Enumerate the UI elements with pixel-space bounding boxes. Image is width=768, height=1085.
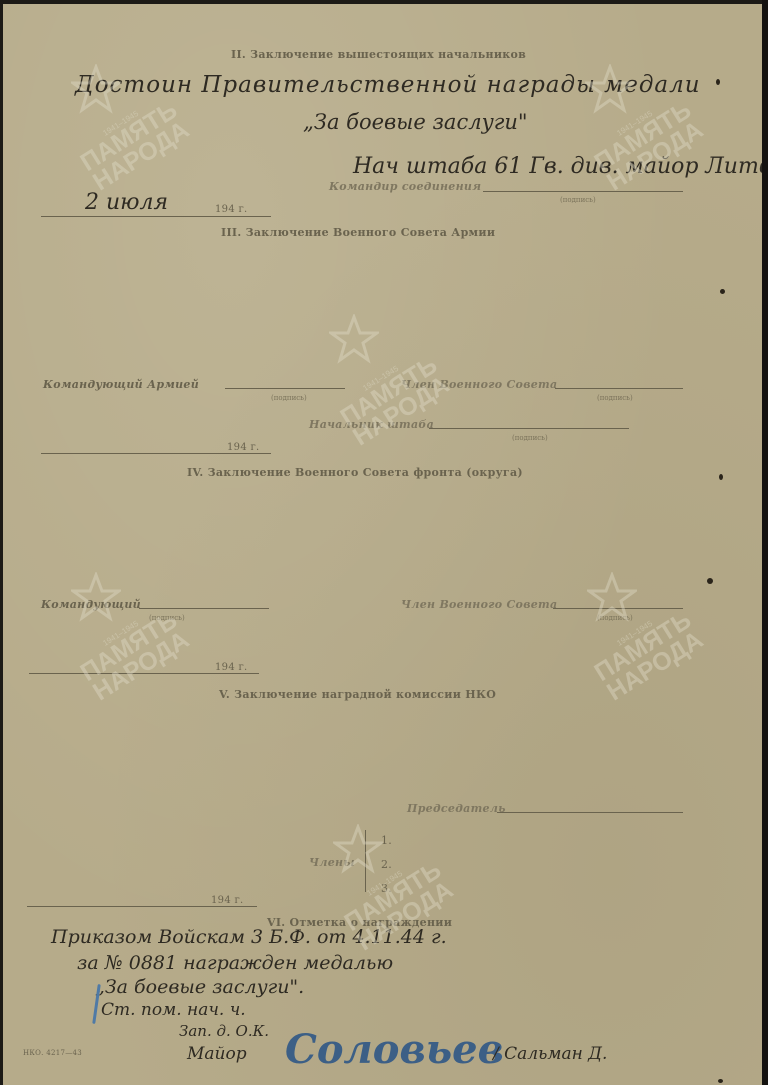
section-3-heading: III. Заключение Военного Совета Армии — [221, 226, 495, 239]
chief-of-staff-line — [429, 428, 629, 429]
member-2: 2. — [381, 858, 392, 871]
army-council-member-line — [555, 388, 683, 389]
watermark: 1941–1945ПАМЯТЬНАРОДА — [333, 347, 454, 451]
front-commander-line — [139, 608, 269, 609]
document-page: II. Заключение вышестоящих начальников Д… — [3, 4, 762, 1085]
award-order-line5: Зап. д. О.К. — [179, 1022, 269, 1040]
watermark: 1941–1945ПАМЯТЬНАРОДА — [587, 92, 708, 196]
commander-label: Командир соединения — [329, 180, 481, 193]
handwritten-date: 2 июля — [85, 190, 168, 215]
date-line — [41, 216, 271, 217]
year-label: 194 г. — [215, 204, 247, 215]
chief-of-staff-caption: (подпись) — [512, 434, 548, 442]
paper-speck — [707, 578, 713, 584]
handwritten-recommendation-line1: Достоин Правительственной награды медали — [75, 72, 701, 98]
front-year-label: 194 г. — [215, 662, 247, 673]
officer-rank: Майор — [187, 1044, 247, 1064]
front-council-member-label: Член Военного Совета — [401, 598, 557, 611]
front-council-member-line — [553, 608, 683, 609]
award-order-line4: Ст. пом. нач. ч. — [101, 1000, 246, 1020]
section-2-heading: II. Заключение вышестоящих начальников — [231, 48, 526, 61]
scan-edge — [762, 0, 768, 1085]
officer-name: / Сальман Д. — [493, 1044, 607, 1064]
front-council-member-caption: (подпись) — [597, 614, 633, 622]
members-brace — [365, 830, 366, 892]
chief-of-staff-label: Начальник штаба — [309, 418, 434, 431]
watermark-star-icon — [329, 314, 379, 364]
commission-date-line — [27, 906, 257, 907]
front-commander-caption: (подпись) — [149, 614, 185, 622]
army-council-member-caption: (подпись) — [597, 394, 633, 402]
army-commander-label: Командующий Армией — [43, 378, 199, 391]
section-5-heading: V. Заключение наградной комиссии НКО — [219, 688, 496, 701]
signature-line — [483, 191, 683, 192]
handwritten-recommendation-line2: „За боевые заслуги" — [303, 110, 528, 134]
form-footer-code: НКО. 4217—43 — [23, 1049, 82, 1057]
commission-year-label: 194 г. — [211, 895, 243, 906]
blue-ink-signature: Соловьев — [285, 1026, 504, 1073]
army-date-line — [41, 453, 271, 454]
member-3: 3. — [381, 882, 392, 895]
army-year-label: 194 г. — [227, 442, 259, 453]
member-1: 1. — [381, 834, 392, 847]
chairman-line — [497, 812, 683, 813]
front-commander-label: Командующий — [41, 598, 141, 611]
section-4-heading: IV. Заключение Военного Совета фронта (о… — [187, 466, 523, 479]
award-order-line2: за № 0881 награжден медалью — [77, 952, 393, 974]
army-council-member-label: Член Военного Совета — [401, 378, 557, 391]
paper-speck — [718, 1079, 723, 1083]
award-order-line3: „За боевые заслуги". — [95, 976, 304, 998]
watermark-star-icon — [71, 572, 121, 622]
members-label: Члены — [309, 856, 355, 869]
paper-speck — [716, 79, 720, 85]
army-commander-line — [225, 388, 345, 389]
watermark: 1941–1945ПАМЯТЬНАРОДА — [73, 92, 194, 196]
blue-pencil-mark — [92, 984, 101, 1024]
paper-speck — [720, 289, 725, 294]
paper-speck — [719, 474, 723, 480]
signature-caption: (подпись) — [560, 196, 596, 204]
front-date-line — [29, 673, 259, 674]
army-commander-caption: (подпись) — [271, 394, 307, 402]
handwritten-signature-block: Нач штаба 61 Гв. див. майор Литвинов — [353, 154, 768, 179]
award-order-line1: Приказом Войскам 3 Б.Ф. от 4.11.44 г. — [51, 926, 447, 948]
chairman-label: Председатель — [407, 802, 506, 815]
